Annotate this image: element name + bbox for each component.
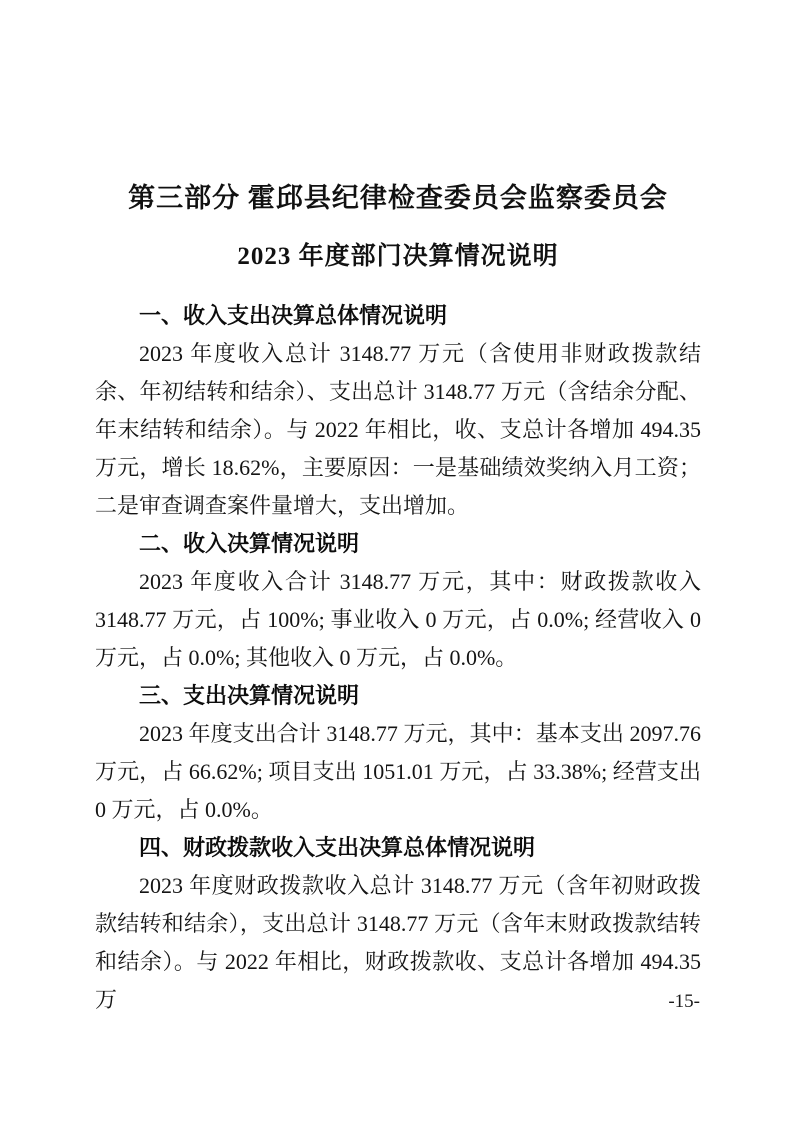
section-4-heading: 四、财政拨款收入支出决算总体情况说明	[95, 829, 701, 867]
page-number: -15-	[668, 991, 700, 1013]
document-page: 第三部分 霍邱县纪律检查委员会监察委员会 2023 年度部门决算情况说明 一、收…	[0, 0, 793, 1122]
document-content: 第三部分 霍邱县纪律检查委员会监察委员会 2023 年度部门决算情况说明 一、收…	[95, 183, 701, 1019]
section-3-paragraph: 2023 年度支出合计 3148.77 万元，其中：基本支出 2097.76 万…	[95, 715, 701, 829]
document-title-line2: 2023 年度部门决算情况说明	[95, 242, 701, 271]
section-1-paragraph: 2023 年度收入总计 3148.77 万元（含使用非财政拨款结余、年初结转和结…	[95, 335, 701, 525]
section-2-paragraph: 2023 年度收入合计 3148.77 万元，其中：财政拨款收入 3148.77…	[95, 563, 701, 677]
section-1-heading: 一、收入支出决算总体情况说明	[95, 297, 701, 335]
section-3-heading: 三、支出决算情况说明	[95, 677, 701, 715]
section-2-heading: 二、收入决算情况说明	[95, 525, 701, 563]
section-4-paragraph: 2023 年度财政拨款收入总计 3148.77 万元（含年初财政拨款结转和结余）…	[95, 867, 701, 1019]
document-title-line1: 第三部分 霍邱县纪律检查委员会监察委员会	[95, 183, 701, 213]
